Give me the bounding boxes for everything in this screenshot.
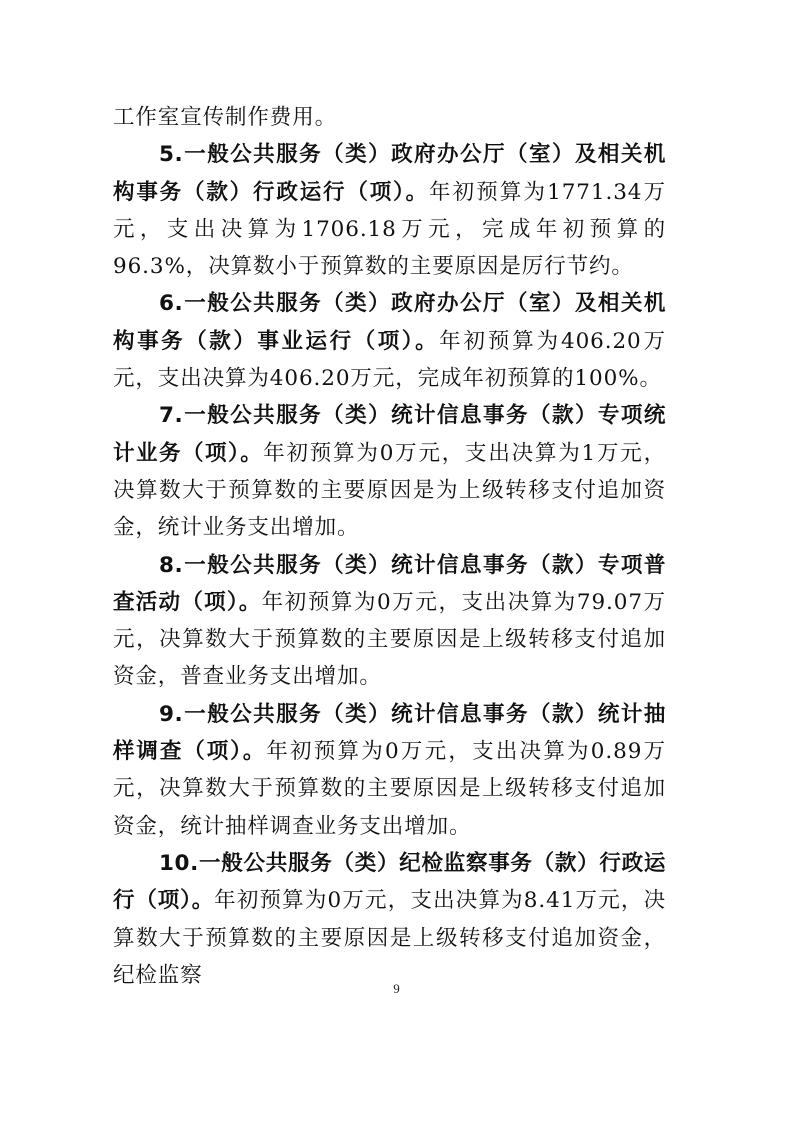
paragraph-item-9: 9.一般公共服务（类）统计信息事务（款）统计抽样调查（项）。年初预算为0万元，支… bbox=[113, 696, 666, 845]
paragraph-item-10: 10.一般公共服务（类）纪检监察事务（款）行政运行（项）。年初预算为0万元，支出… bbox=[113, 845, 666, 994]
page-number: 9 bbox=[0, 981, 793, 997]
paragraph-item-5: 5.一般公共服务（类）政府办公厅（室）及相关机构事务（款）行政运行（项）。年初预… bbox=[113, 136, 666, 285]
paragraph-item-6: 6.一般公共服务（类）政府办公厅（室）及相关机构事务（款）事业运行（项）。年初预… bbox=[113, 285, 666, 397]
paragraph-item-7: 7.一般公共服务（类）统计信息事务（款）专项统计业务（项）。年初预算为0万元，支… bbox=[113, 397, 666, 546]
paragraph-body: 工作室宣传制作费用。 bbox=[113, 105, 337, 130]
paragraph-continuation: 工作室宣传制作费用。 bbox=[113, 99, 666, 136]
paragraph-item-8: 8.一般公共服务（类）统计信息事务（款）专项普查活动（项）。年初预算为0万元，支… bbox=[113, 547, 666, 696]
document-page: 工作室宣传制作费用。 5.一般公共服务（类）政府办公厅（室）及相关机构事务（款）… bbox=[113, 99, 666, 994]
